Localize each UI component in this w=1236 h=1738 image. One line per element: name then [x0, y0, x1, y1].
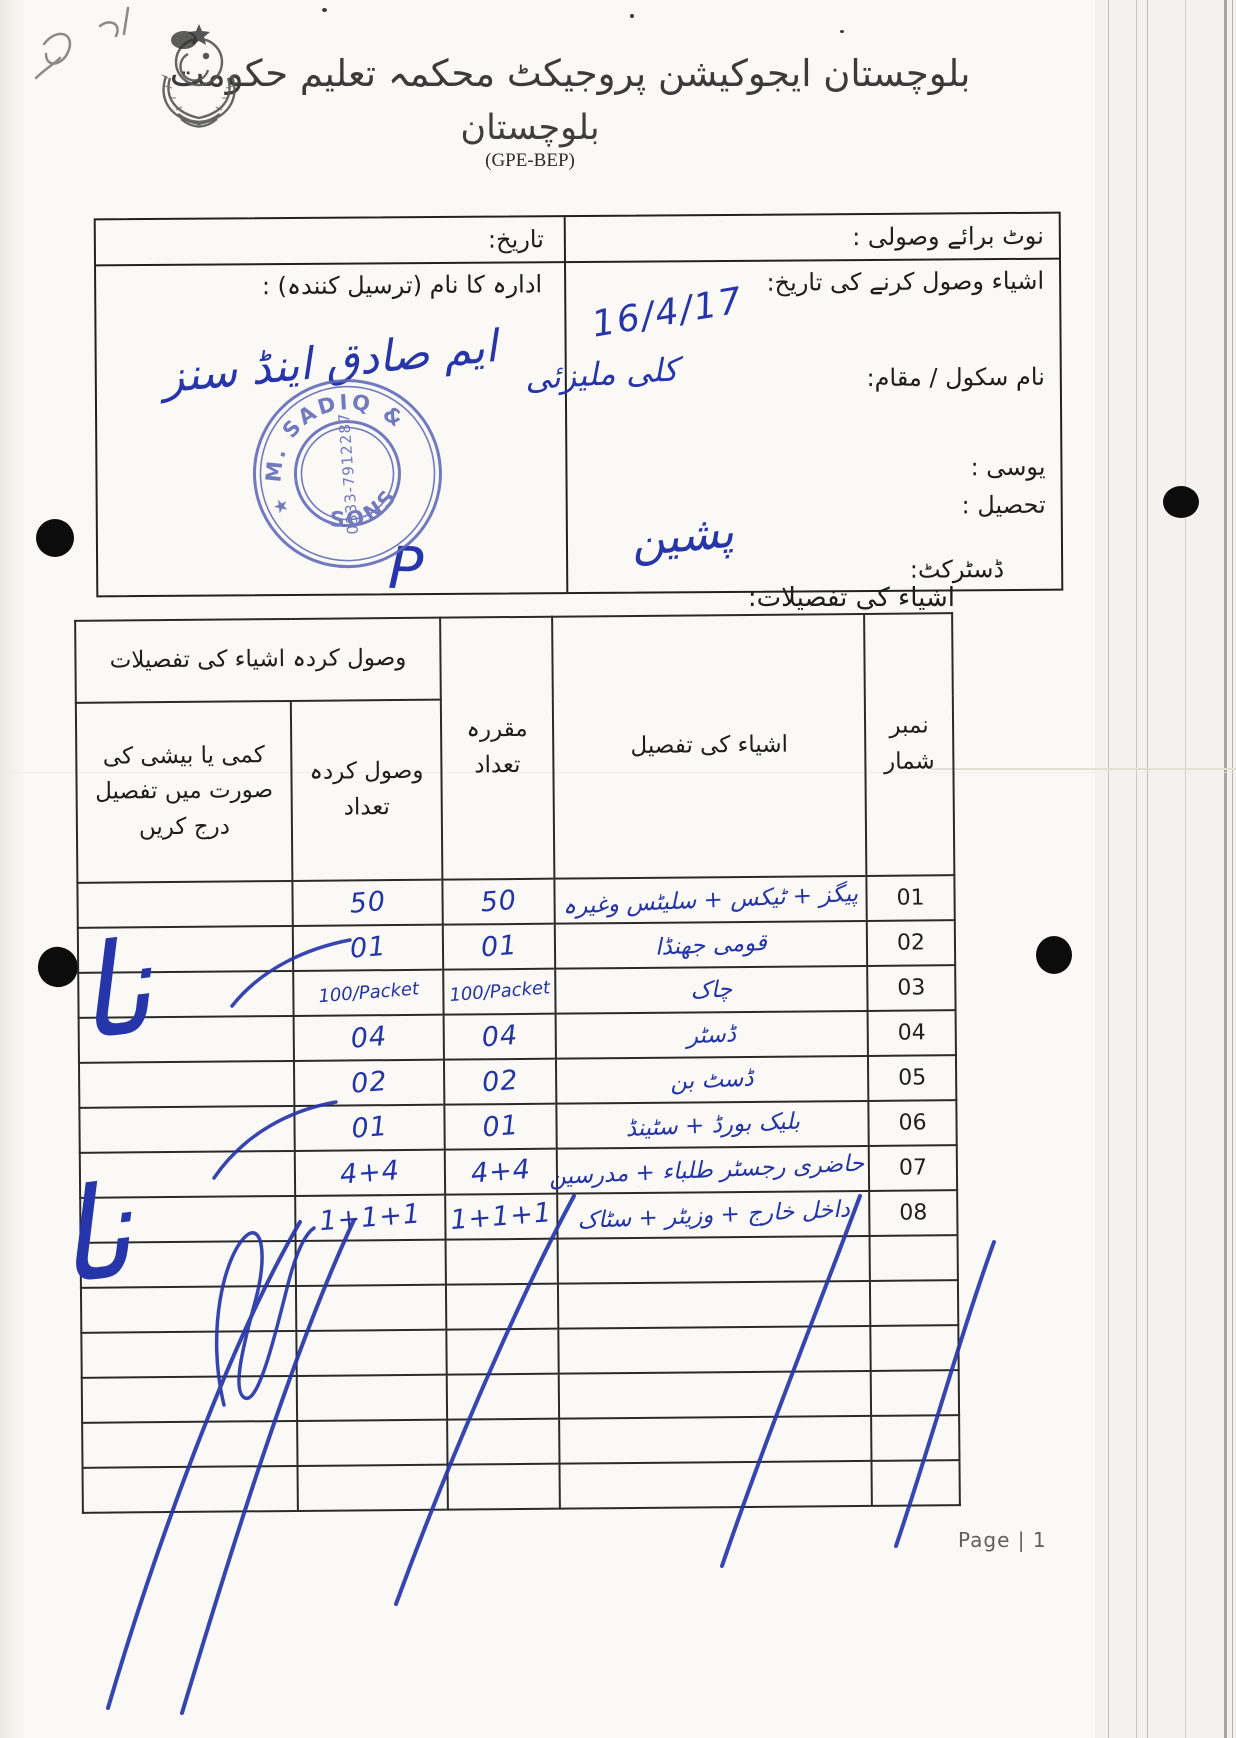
handwritten-qty: 100/Packet	[317, 978, 419, 1007]
fixed-qty-cell: 4+4	[445, 1149, 557, 1195]
handwritten-qty: 1+1+1	[449, 1197, 553, 1236]
receipt-note-label: نوٹ برائے وصولی :	[566, 219, 1056, 257]
handwritten-item: حاضری رجسٹر طلباء + مدرسین	[548, 1150, 864, 1190]
fixed-qty-cell: 01	[444, 1104, 556, 1150]
program-abbreviation: (GPE-BEP)	[380, 150, 680, 172]
fixed-qty-cell: 1+1+1	[445, 1194, 557, 1240]
fixed-qty-cell: 02	[444, 1059, 556, 1105]
fixed-qty-cell: 100/Packet	[443, 969, 555, 1015]
ink-speck	[322, 8, 327, 12]
hole-punch-dot	[1163, 486, 1199, 518]
item-cell: پیگز + ٹیکس + سلیٹس وغیرہ	[554, 876, 866, 924]
form-column-divider	[564, 217, 569, 592]
received-qty-cell: 50	[292, 880, 442, 926]
handwritten-qty: 02	[481, 1065, 520, 1099]
scan-smudge	[171, 31, 197, 49]
items-section-label: اشیاء کی تفصیلات:	[555, 583, 955, 613]
handwritten-district-name: پشین	[629, 504, 736, 567]
handwritten-qty: 50	[348, 886, 387, 920]
col-header-serial: نمبر شمار	[864, 613, 954, 876]
sender-institution-label: ادارہ کا نام (ترسیل کنندہ) :	[196, 267, 554, 304]
received-qty-cell: 04	[294, 1015, 444, 1061]
item-cell: بلیک بورڈ + سٹینڈ	[556, 1101, 868, 1149]
table-row: 08 داخل خارج + وزیٹر + سٹاک 1+1+1 1+1+1	[80, 1190, 957, 1243]
handwritten-qty: 01	[481, 1110, 520, 1144]
paper-crease	[930, 768, 1236, 770]
ink-speck	[840, 30, 844, 33]
empty-row	[82, 1415, 959, 1468]
fixed-qty-cell: 01	[443, 924, 555, 970]
handwritten-item: چاک	[690, 976, 733, 1004]
handwritten-item: داخل خارج + وزیٹر + سٹاک	[577, 1196, 850, 1234]
scan-line	[1147, 0, 1148, 1738]
handwritten-qty: 01	[349, 931, 388, 965]
table-header-row-merged: نمبر شمار اشیاء کی تفصیل مقررہ تعداد وصو…	[75, 613, 953, 703]
stamp-star-icon: ★	[269, 494, 292, 520]
handwritten-item: پیگز + ٹیکس + سلیٹس وغیرہ	[562, 880, 858, 919]
items-table: نمبر شمار اشیاء کی تفصیل مقررہ تعداد وصو…	[74, 612, 961, 1514]
fixed-qty-cell: 04	[444, 1014, 556, 1060]
received-qty-cell: 01	[293, 925, 443, 971]
handwritten-qty: 100/Packet	[448, 977, 550, 1006]
serial-cell: 01	[866, 875, 954, 921]
page-number: Page | 1	[958, 1528, 1047, 1552]
scan-edge-band	[1095, 0, 1236, 1738]
remarks-cell	[79, 1106, 294, 1153]
received-qty-cell: 01	[294, 1105, 444, 1151]
table-row: 03 چاک 100/Packet 100/Packet	[78, 965, 955, 1018]
stamp-name-bottom: SONS	[320, 478, 409, 543]
col-header-item: اشیاء کی تفصیل	[552, 614, 866, 879]
item-cell: حاضری رجسٹر طلباء + مدرسین	[557, 1146, 869, 1194]
table-row: 02 قومی جھنڈا 01 01	[78, 920, 955, 973]
col-header-fixed-qty: مقررہ تعداد	[440, 617, 554, 880]
serial-cell: 05	[868, 1055, 956, 1101]
handwritten-item: ڈسٹ بن	[670, 1065, 754, 1095]
handwritten-item: ڈسٹر	[687, 1021, 737, 1049]
serial-cell: 07	[869, 1145, 957, 1191]
col-header-remarks: کمی یا بیشی کی صورت میں تفصیل درج کریں	[76, 701, 293, 883]
handwritten-qty: 1+1+1	[318, 1198, 422, 1237]
receipt-info-form: تاریخ: ادارہ کا نام (ترسیل کنندہ) : ایم …	[94, 212, 1064, 598]
handwritten-qty: 01	[480, 930, 519, 964]
merged-header-received-details: وصول کردہ اشیاء کی تفصیلات	[75, 618, 441, 703]
handwritten-qty: 4+4	[339, 1155, 401, 1191]
hole-punch-dot	[1036, 936, 1072, 974]
received-qty-cell: 100/Packet	[293, 970, 443, 1016]
scan-line	[1136, 0, 1137, 1738]
empty-row	[83, 1460, 960, 1513]
fixed-qty-cell: 50	[442, 879, 554, 925]
scan-line	[1232, 0, 1233, 1738]
uc-label: یوسی :	[567, 450, 1057, 488]
serial-cell: 06	[868, 1100, 956, 1146]
serial-cell: 03	[867, 965, 955, 1011]
table-row: 07 حاضری رجسٹر طلباء + مدرسین 4+4 4+4	[80, 1145, 957, 1198]
handwritten-qty: 04	[480, 1020, 519, 1054]
handwritten-item: بلیک بورڈ + سٹینڈ	[625, 1108, 801, 1142]
table-row: 01 پیگز + ٹیکس + سلیٹس وغیرہ 50 50	[77, 875, 954, 928]
serial-cell: 04	[868, 1010, 956, 1056]
received-qty-cell: 1+1+1	[295, 1195, 445, 1241]
empty-row	[81, 1280, 958, 1333]
table-row: 04 ڈسٹر 04 04	[79, 1010, 956, 1063]
handwritten-qty: 01	[350, 1111, 389, 1145]
col-header-received-qty: وصول کردہ تعداد	[291, 700, 443, 881]
empty-row	[81, 1325, 958, 1378]
date-label: تاریخ:	[96, 222, 556, 260]
empty-row	[81, 1235, 958, 1288]
handwritten-receive-date: 16/4/17	[589, 280, 746, 345]
scan-line	[1224, 0, 1227, 1738]
handwritten-na-annotation: نا	[68, 924, 158, 1060]
handwritten-na-annotation: نا	[48, 1168, 138, 1304]
ink-speck	[630, 14, 634, 18]
remarks-cell	[79, 1061, 294, 1108]
handwritten-item: قومی جھنڈا	[655, 929, 768, 960]
handwritten-qty: 4+4	[470, 1154, 532, 1190]
item-cell: ڈسٹ بن	[556, 1056, 868, 1104]
serial-cell: 02	[867, 920, 955, 966]
page-edge-shadow	[0, 0, 26, 1738]
handwritten-qty: 50	[479, 885, 518, 919]
item-cell: ڈسٹر	[556, 1011, 868, 1059]
empty-row	[82, 1370, 959, 1423]
received-qty-cell: 02	[294, 1060, 444, 1106]
scan-line	[1185, 0, 1186, 1738]
item-cell: چاک	[555, 966, 867, 1014]
hole-punch-dot	[36, 519, 74, 557]
item-cell: داخل خارج + وزیٹر + سٹاک	[557, 1191, 869, 1239]
table-row: 06 بلیک بورڈ + سٹینڈ 01 01	[79, 1100, 956, 1153]
received-qty-cell: 4+4	[295, 1150, 445, 1196]
receive-date-label: اشیاء وصول کرنے کی تاریخ:	[736, 264, 1056, 301]
svg-text:SONS: SONS	[320, 478, 409, 543]
scanned-document-page: بلوچستان ایجوکیشن پروجیکٹ محکمہ تعلیم حک…	[0, 0, 1236, 1738]
org-title-line2: بلوچستان	[380, 108, 680, 148]
handwritten-qty: 04	[349, 1021, 388, 1055]
government-crest-logo	[148, 18, 250, 138]
table-row: 05 ڈسٹ بن 02 02	[79, 1055, 956, 1108]
item-cell: قومی جھنڈا	[555, 921, 867, 969]
serial-cell: 08	[869, 1190, 957, 1236]
handwritten-qty: 02	[350, 1066, 389, 1100]
scan-line	[1108, 0, 1109, 1738]
